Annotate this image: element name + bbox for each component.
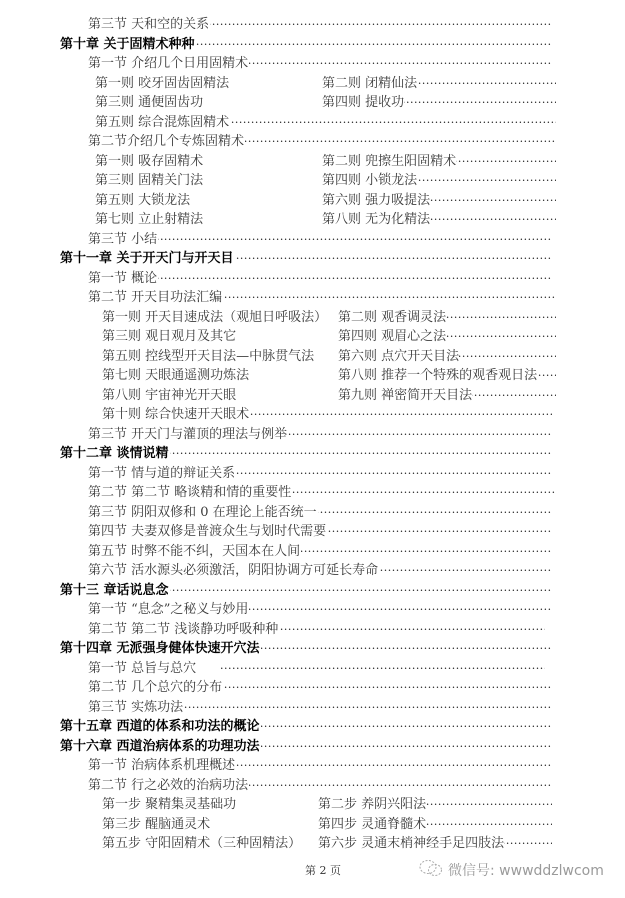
toc-entry-label[interactable]: 第二节 几个总穴的分布 xyxy=(88,679,223,697)
toc-entry-left[interactable]: 第五则 大锁龙法 xyxy=(95,192,190,210)
toc-entry-label[interactable]: 第十四章 无派强身健体快速开穴法 xyxy=(60,640,261,658)
toc-section: ········································… xyxy=(88,231,552,249)
toc-entry-left[interactable]: 第三步 醒脑通灵术 xyxy=(102,816,210,834)
toc-entry-left[interactable]: 第一步 聚精集灵基础功 xyxy=(102,796,236,814)
toc-entry-right[interactable]: 第四则 提收功 xyxy=(322,94,404,112)
toc-entry-label[interactable]: 第二节 第二节 浅谈静功呼吸种种 xyxy=(88,621,279,639)
toc-item: ········································… xyxy=(95,114,556,132)
toc-row-pair: 第一则 开天目速成法（观旭日呼吸法）······················… xyxy=(0,309,625,327)
toc-entry-left[interactable]: 第一则 咬牙固齿固精法 xyxy=(95,75,229,93)
toc-entry-right[interactable]: 第二则 观香调灵法 xyxy=(338,309,446,327)
toc-section: ········································… xyxy=(88,133,556,151)
toc-entry-right[interactable]: 第六则 点穴开天目法 xyxy=(338,348,459,366)
toc-entry-right[interactable]: 第九则 禅密简开天目法 xyxy=(338,387,472,405)
toc-entry-left[interactable]: 第三则 固精关门法 xyxy=(95,172,203,190)
toc-section: ········································… xyxy=(88,270,552,288)
toc-section: ········································… xyxy=(88,562,552,580)
toc-row-pair: 第三则 固精关门法·······························… xyxy=(0,172,625,190)
toc-section: ········································… xyxy=(88,757,552,775)
watermark-text: 微信号: wwwddzlwcom xyxy=(448,860,604,880)
toc-entry-right[interactable]: 第八则 无为化精法 xyxy=(322,211,430,229)
toc-entry-label[interactable]: 第十五章 西道的体系和功法的概论 xyxy=(60,718,261,736)
toc-entry-label[interactable]: 第十章 关于固精术种种 xyxy=(60,36,196,54)
toc-entry-label[interactable]: 第三节 小结 xyxy=(88,231,158,249)
toc-section: ········································… xyxy=(88,465,552,483)
toc-entry-left[interactable]: 第三则 观日观月及其它 xyxy=(102,328,236,346)
toc-entry-left[interactable]: 第七则 立止射精法 xyxy=(95,211,203,229)
toc-entry-right[interactable]: 第四步 灵通脊髓术 xyxy=(318,816,426,834)
toc-entry-right[interactable]: 第二步 养阴兴阳法 xyxy=(318,796,426,814)
toc-entry-right[interactable]: 第四则 观眉心之法 xyxy=(338,328,446,346)
toc-entry-left[interactable]: 第七则 天眼通遥测功炼法 xyxy=(102,367,249,385)
wechat-icon xyxy=(418,858,444,882)
toc-row-pair: 第八则 宇宙神光开天眼·····························… xyxy=(0,387,625,405)
toc-row-pair: 第一则 吸存固精术·······························… xyxy=(0,153,625,171)
toc-section: ········································… xyxy=(88,699,552,717)
toc-item: ········································… xyxy=(102,406,552,424)
toc-row-pair: 第三步 醒脑通灵术·······························… xyxy=(0,816,625,834)
toc-row-pair: 第一则 咬牙固齿固精法·····························… xyxy=(0,75,625,93)
toc-entry-label[interactable]: 第五则 综合混炼固精术 xyxy=(95,114,230,132)
toc-entry-label[interactable]: 第十六章 西道治病体系的功理功法 xyxy=(60,738,261,756)
toc-row-pair: 第五则 控线型开天目法—中脉贯气法·······················… xyxy=(0,348,625,366)
toc-row-pair: 第七则 天眼通遥测功炼法····························… xyxy=(0,367,625,385)
toc-entry-right[interactable]: 第八则 推荐一个特殊的观香观日法 xyxy=(338,367,537,385)
toc-entry-label[interactable]: 第四节 夫妻双修是普渡众生与划时代需要 xyxy=(88,523,327,541)
toc-chapter: ········································… xyxy=(60,36,552,54)
toc-chapter: ········································… xyxy=(60,250,552,268)
toc-section: ········································… xyxy=(88,289,556,307)
page-number: 第 2 页 xyxy=(305,862,341,878)
toc-chapter: ········································… xyxy=(60,738,552,756)
toc-row-pair: 第七则 立止射精法·······························… xyxy=(0,211,625,229)
toc-entry-label[interactable]: 第五节 时弊不能不纠，天国本在人间 xyxy=(88,543,301,561)
toc-section: ········································… xyxy=(88,484,556,502)
toc-entry-left[interactable]: 第一则 吸存固精术 xyxy=(95,153,203,171)
toc-section: ········································… xyxy=(88,621,545,639)
toc-entry-right[interactable]: 第二则 闭精仙法 xyxy=(322,75,417,93)
toc-section: ········································… xyxy=(88,660,545,678)
toc-chapter: ········································… xyxy=(60,445,552,463)
toc-section: ········································… xyxy=(88,601,552,619)
leader-dots: ········································… xyxy=(220,660,545,678)
toc-entry-left[interactable]: 第八则 宇宙神光开天眼 xyxy=(102,387,236,405)
toc-entry-left[interactable]: 第一则 开天目速成法（观旭日呼吸法） xyxy=(102,309,327,327)
toc-entry-label[interactable]: 第一节 介绍几个日用固精术 xyxy=(88,55,249,73)
toc-entry-left[interactable]: 第五步 守阳固精术（三种固精法） xyxy=(102,835,301,853)
toc-entry-label[interactable]: 第一节 治病体系机理概述 xyxy=(88,757,236,775)
toc-entry-right[interactable]: 第六则 强力吸提法 xyxy=(322,192,430,210)
toc-entry-label[interactable]: 第二节 行之必效的治病功法 xyxy=(88,777,249,795)
toc-entry-label[interactable]: 第三节 阴阳双修和 0 在理论上能否统一 xyxy=(88,504,318,522)
toc-entry-label[interactable]: 第六节 活水源头必须激活，阴阳协调方可延长寿命 xyxy=(88,562,379,580)
toc-page: ········································… xyxy=(0,0,625,898)
toc-entry-label[interactable]: 第十三 章话说息念 xyxy=(60,582,170,600)
toc-entry-left[interactable]: 第三则 通便固齿功 xyxy=(95,94,203,112)
toc-entry-label[interactable]: 第二节 第二节 略谈精和情的重要性 xyxy=(88,484,292,502)
toc-section: ········································… xyxy=(88,777,552,795)
toc-entry-label[interactable]: 第一节 总旨与总穴 xyxy=(88,660,197,678)
toc-entry-label[interactable]: 第三节 天和空的关系 xyxy=(88,16,210,34)
toc-entry-left[interactable]: 第五则 控线型开天目法—中脉贯气法 xyxy=(102,348,314,366)
toc-section: ········································… xyxy=(88,523,552,541)
toc-row-pair: 第五则 大锁龙法································… xyxy=(0,192,625,210)
toc-section: ········································… xyxy=(88,504,552,522)
toc-entry-label[interactable]: 第二节介绍几个专炼固精术 xyxy=(88,133,245,151)
toc-entry-label[interactable]: 第三节 开天门与灌顶的理法与例举 xyxy=(88,426,288,444)
toc-entry-label[interactable]: 第三节 实炼功法 xyxy=(88,699,184,717)
toc-row-pair: 第三则 通便固齿功·······························… xyxy=(0,94,625,112)
toc-entry-label[interactable]: 第十一章 关于开天门与开天目 xyxy=(60,250,235,268)
toc-entry-right[interactable]: 第二则 兜擦生阳固精术 xyxy=(322,153,456,171)
toc-chapter: ········································… xyxy=(60,718,552,736)
toc-entry-label[interactable]: 第一节 情与道的辩证关系 xyxy=(88,465,236,483)
toc-section: ········································… xyxy=(88,55,552,73)
toc-section: ········································… xyxy=(88,16,552,34)
toc-entry-label[interactable]: 第一节 概论 xyxy=(88,270,158,288)
toc-entry-label[interactable]: 第十二章 谈情说精 xyxy=(60,445,170,463)
toc-section: ········································… xyxy=(88,426,552,444)
toc-row-pair: 第三则 观日观月及其它·····························… xyxy=(0,328,625,346)
toc-section: ········································… xyxy=(88,679,552,697)
toc-entry-label[interactable]: 第二节 开天目功法汇编 xyxy=(88,289,223,307)
toc-section: ········································… xyxy=(88,543,552,561)
toc-chapter: ········································… xyxy=(60,582,552,600)
toc-chapter: ········································… xyxy=(60,640,552,658)
toc-entry-label[interactable]: 第一节 “息念”之秘义与妙用 xyxy=(88,601,249,619)
toc-row-pair: 第一步 聚精集灵基础功·····························… xyxy=(0,796,625,814)
toc-entry-right[interactable]: 第六步 灵通末梢神经手足四肢法 xyxy=(318,835,504,853)
watermark: 微信号: wwwddzlwcom xyxy=(418,858,604,882)
toc-entry-label[interactable]: 第十则 综合快速开天眼术 xyxy=(102,406,250,424)
toc-row-pair: 第五步 守阳固精术（三种固精法）························… xyxy=(0,835,625,853)
toc-entry-right[interactable]: 第四则 小锁龙法 xyxy=(322,172,417,190)
